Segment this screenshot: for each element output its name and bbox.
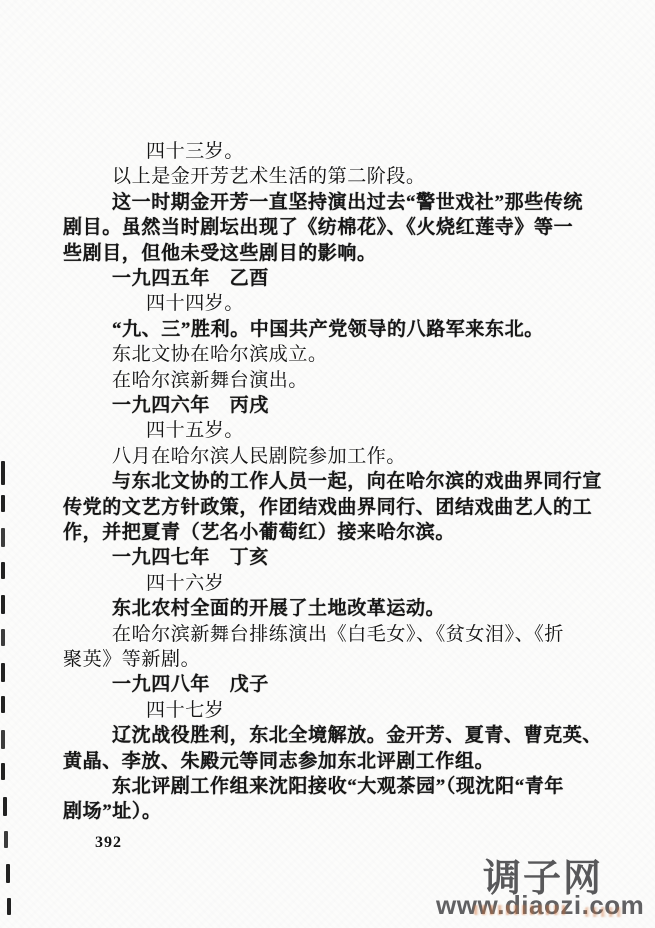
text-line: 四十五岁。: [146, 418, 244, 443]
text-line: 与东北文协的工作人员一起，向在哈尔滨的戏曲界同行宣: [112, 469, 602, 494]
text-line: 聚英》等新剧。: [63, 647, 200, 672]
binding-mark: [1, 595, 5, 614]
text-line: 东北文协在哈尔滨成立。: [112, 342, 328, 367]
text-line: 一九四八年 戊子: [112, 672, 269, 697]
text-line: 在哈尔滨新舞台排练演出《白毛女》、《贫女泪》、《折: [112, 622, 564, 647]
text-line: 一九四五年 乙酉: [112, 266, 269, 291]
text-line: 剧场”址）。: [63, 799, 162, 824]
text-line: 作，并把夏青（艺名小葡萄红）接来哈尔滨。: [63, 520, 455, 545]
book-page: 四十三岁。以上是金开芳艺术生活的第二阶段。这一时期金开芳一直坚持演出过去“警世戏…: [0, 0, 655, 928]
text-line: 一九四七年 丁亥: [112, 545, 269, 570]
page-number: 392: [95, 834, 122, 852]
binding-mark: [1, 629, 5, 646]
binding-mark: [1, 730, 5, 749]
binding-mark: [1, 528, 5, 547]
text-line: 剧目。虽然当时剧坛出现了《纺棉花》、《火烧红莲寺》等一: [63, 215, 573, 240]
text-line: 东北评剧工作组来沈阳接收“大观茶园”（现沈阳“青年: [112, 774, 564, 799]
binding-mark: [1, 562, 5, 579]
text-line: 辽沈战役胜利，东北全境解放。金开芳、夏青、曹克英、: [112, 723, 602, 748]
binding-mark: [3, 797, 7, 816]
binding-mark: [6, 864, 10, 883]
binding-mark: [1, 495, 5, 512]
text-line: 四十三岁。: [146, 139, 244, 164]
text-line: 传党的文艺方针政策，作团结戏曲界同行、团结戏曲艺人的工: [63, 495, 592, 520]
text-line: 这一时期金开芳一直坚持演出过去“警世戏社”那些传统: [112, 190, 583, 215]
binding-mark: [7, 898, 11, 915]
binding-mark: [1, 663, 5, 682]
text-line: 八月在哈尔滨人民剧院参加工作。: [112, 444, 406, 469]
text-line: 些剧目，但他未受这些剧目的影响。: [63, 241, 377, 266]
binding-mark: [1, 763, 5, 780]
text-line: 四十六岁: [146, 571, 224, 596]
text-line: 一九四六年 丙戌: [112, 393, 269, 418]
binding-mark: [4, 831, 8, 848]
text-line: 四十四岁。: [146, 291, 244, 316]
orange-watermark-remnant-icon: [474, 905, 566, 915]
text-line: 在哈尔滨新舞台演出。: [112, 368, 308, 393]
text-line: “九、三”胜利。中国共产党领导的八路军来东北。: [112, 317, 544, 342]
binding-mark: [1, 696, 5, 713]
text-line: 四十七岁: [146, 698, 224, 723]
binding-mark: [1, 461, 5, 485]
orange-watermark-remnant-icon: [585, 907, 623, 917]
text-line: 以上是金开芳艺术生活的第二阶段。: [112, 164, 426, 189]
text-line: 黄晶、李放、朱殿元等同志参加东北评剧工作组。: [63, 749, 494, 774]
text-line: 东北农村全面的开展了土地改革运动。: [112, 596, 445, 621]
